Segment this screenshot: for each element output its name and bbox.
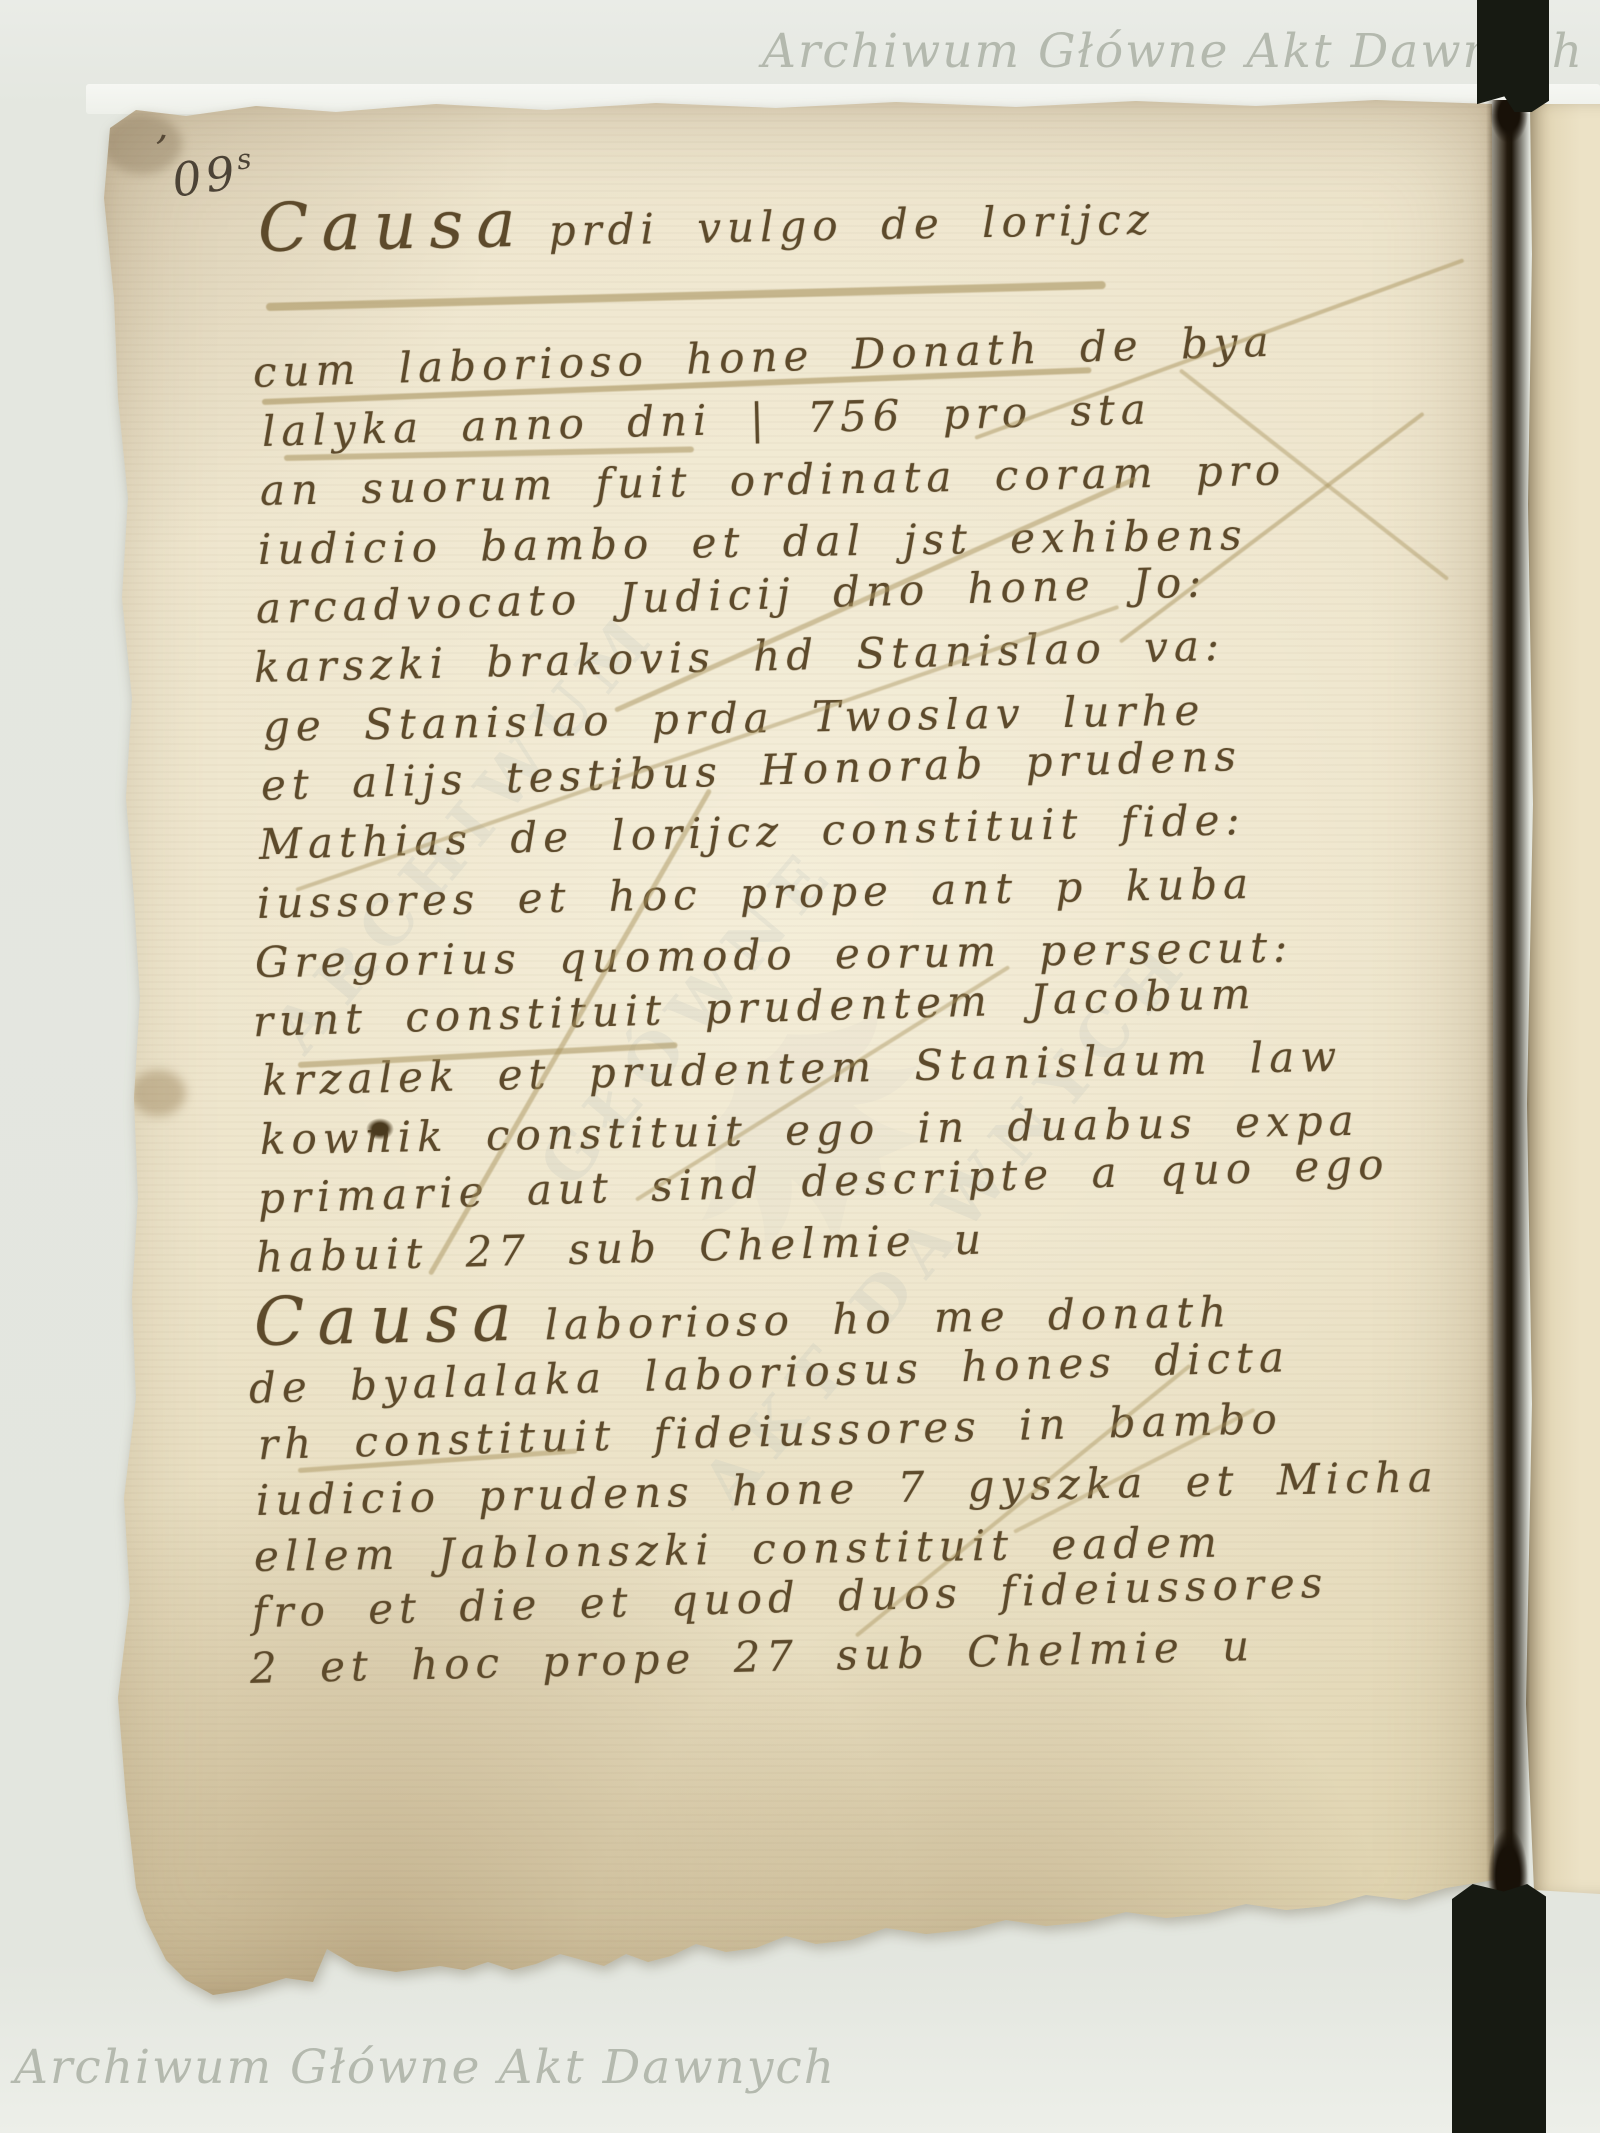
manuscript-line: Mathias de lorijcz constituit fide: <box>258 799 1246 866</box>
manuscript-heading: Causaprdi vulgo de lorijcz <box>257 179 1155 262</box>
manuscript-leaf: ARCHIWUM GŁÓWNE AKT DAWNYCH ʼ09s Causapr… <box>96 98 1494 1998</box>
folio-suffix: s <box>235 141 258 176</box>
manuscript-line: iudicio prudens hone 7 gyszka et Micha <box>256 1456 1440 1522</box>
binding-tape-bottom <box>1452 1884 1546 2133</box>
binding-tape-top <box>1477 0 1549 112</box>
folio-digits: 09 <box>169 145 242 208</box>
archive-scan-stage: Archiwum Główne Akt Dawnych Archiwum Głó… <box>0 0 1600 2133</box>
manuscript-line: 2 et hoc prope 27 sub Chelmie u <box>250 1625 1256 1690</box>
manuscript-line: rh constituit fideiussores in bambo <box>257 1398 1283 1466</box>
manuscript-line: iussores et hoc prope ant p kuba <box>257 863 1255 925</box>
corner-smudge <box>102 114 182 174</box>
watermark-caption-bottom: Archiwum Główne Akt Dawnych <box>14 2040 836 2096</box>
heading-initial-word: Causa <box>257 185 529 267</box>
binding-gutter-shadow <box>1486 100 1530 1893</box>
watermark-caption-top: Archiwum Główne Akt Dawnych <box>762 24 1584 80</box>
cancellation-stroke <box>266 281 1106 311</box>
margin-smudge <box>130 1070 186 1116</box>
ink-blot <box>366 1118 394 1140</box>
manuscript-line: krzalek et prudentem Stanislaum law <box>262 1035 1343 1102</box>
folio-number: ʼ09s <box>169 144 260 203</box>
heading-rest: prdi vulgo de lorijcz <box>548 195 1155 256</box>
manuscript-leaf-wrap: ARCHIWUM GŁÓWNE AKT DAWNYCH ʼ09s Causapr… <box>96 98 1494 1998</box>
heading-initial-word: Causa <box>253 1279 525 1361</box>
next-leaf-edge <box>1524 104 1600 1894</box>
manuscript-line: habuit 27 sub Chelmie u <box>255 1219 987 1279</box>
